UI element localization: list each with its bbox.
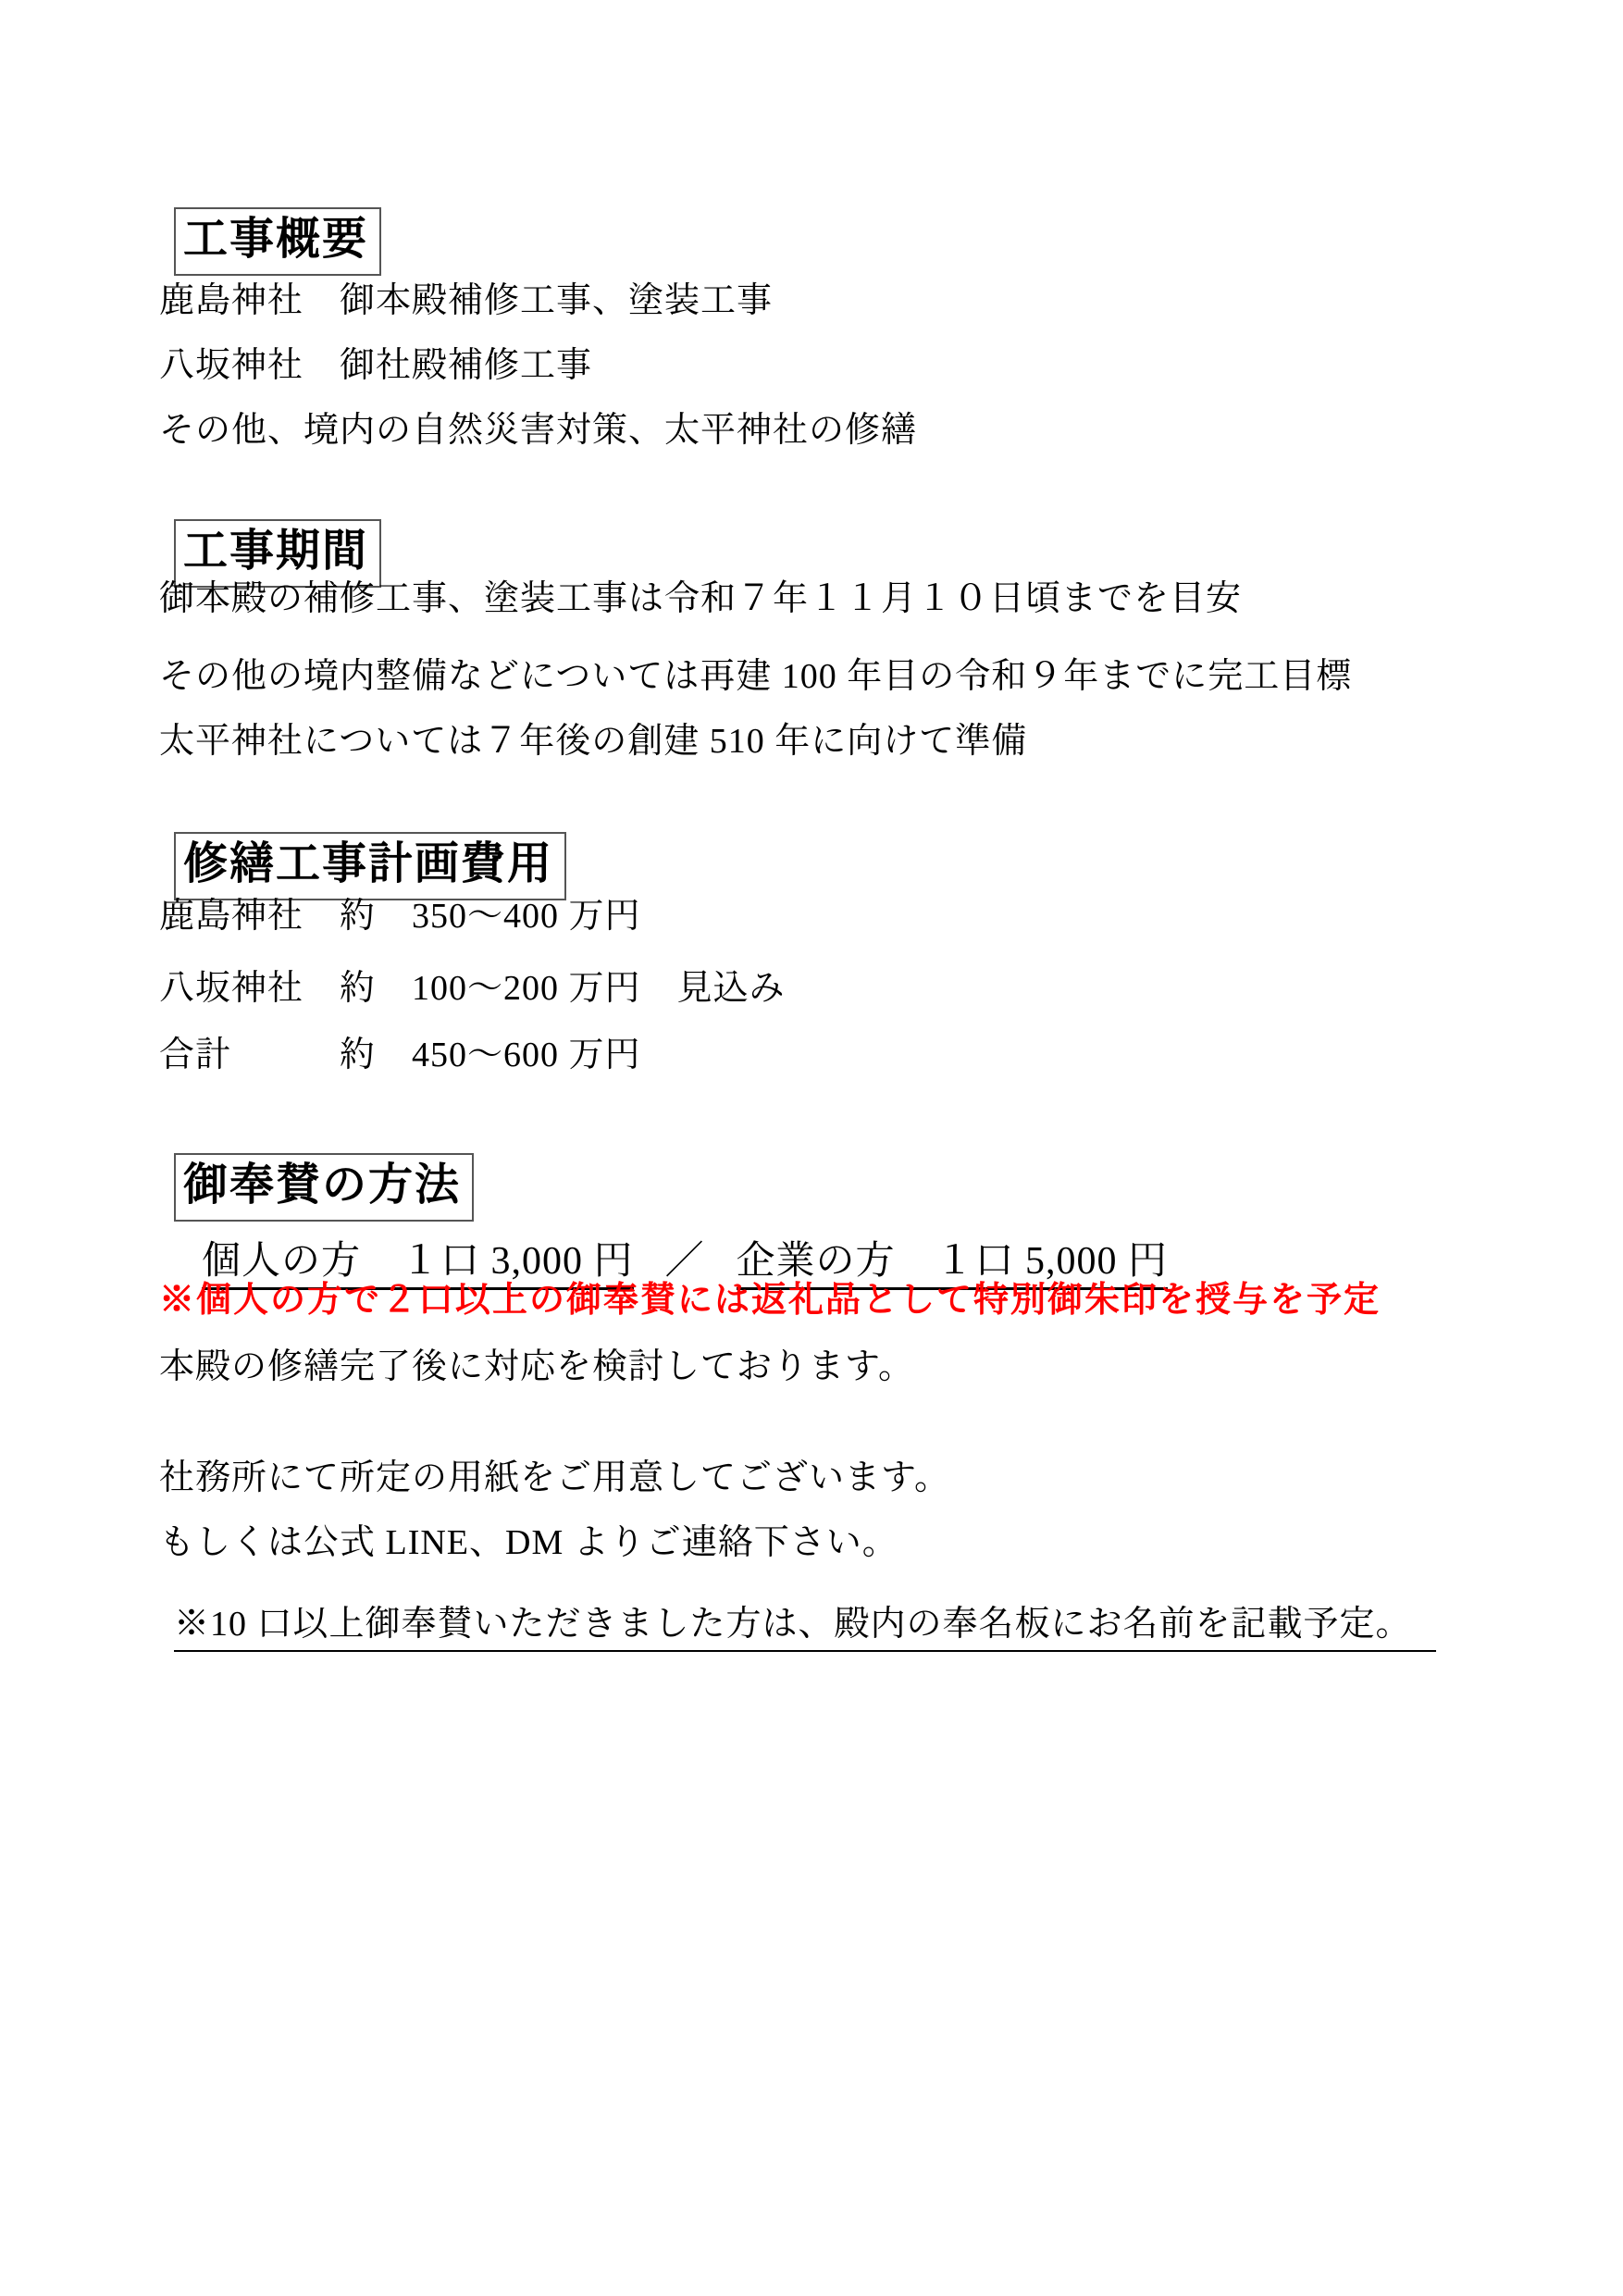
section-overview-heading-box: 工事概要: [159, 191, 381, 292]
donation-separator-slash: ／: [634, 1242, 737, 1281]
donation-underlined-note-line: ※10 口以上御奉賛いただきました方は、殿内の奉名板にお名前を記載予定。: [159, 1590, 1436, 1669]
overview-line-2: 八坂神社 御社殿補修工事: [159, 348, 592, 383]
section-heading: 修繕工事計画費用: [174, 832, 566, 900]
period-line-1: 御本殿の補修工事、塗装工事は令和７年１１月１０日頃までを目安: [159, 581, 1242, 616]
document-page: 工事概要 鹿島神社 御本殿補修工事、塗装工事 八坂神社 御社殿補修工事 その他、…: [0, 0, 1623, 2296]
donation-line-3: もしくは公式 LINE、DM よりご連絡下さい。: [159, 1525, 898, 1560]
section-heading: 工事概要: [174, 207, 381, 276]
donation-line-2: 社務所にて所定の用紙をご用意してございます。: [159, 1460, 950, 1496]
period-line-3: 太平神社については７年後の創建 510 年に向けて準備: [159, 724, 1027, 759]
section-heading: 工事期間: [174, 519, 381, 588]
cost-line-yasaka: 八坂神社 約 100～200 万円 見込み: [159, 971, 786, 1006]
donation-red-note: ※個人の方で２口以上の御奉賛には返礼品として特別御朱印を授与を予定: [159, 1283, 1381, 1318]
donation-underlined-note: ※10 口以上御奉賛いただきました方は、殿内の奉名板にお名前を記載予定。: [174, 1607, 1436, 1652]
period-line-2: その他の境内整備などについては再建 100 年目の令和９年までに完工目標: [159, 659, 1352, 694]
overview-line-1: 鹿島神社 御本殿補修工事、塗装工事: [159, 283, 773, 318]
cost-line-total: 合計 約 450～600 万円: [159, 1037, 641, 1073]
donation-line-1: 本殿の修繕完了後に対応を検討しております。: [159, 1349, 914, 1384]
overview-line-3: その他、境内の自然災害対策、太平神社の修繕: [159, 413, 917, 448]
cost-line-kashima: 鹿島神社 約 350～400 万円: [159, 899, 641, 934]
